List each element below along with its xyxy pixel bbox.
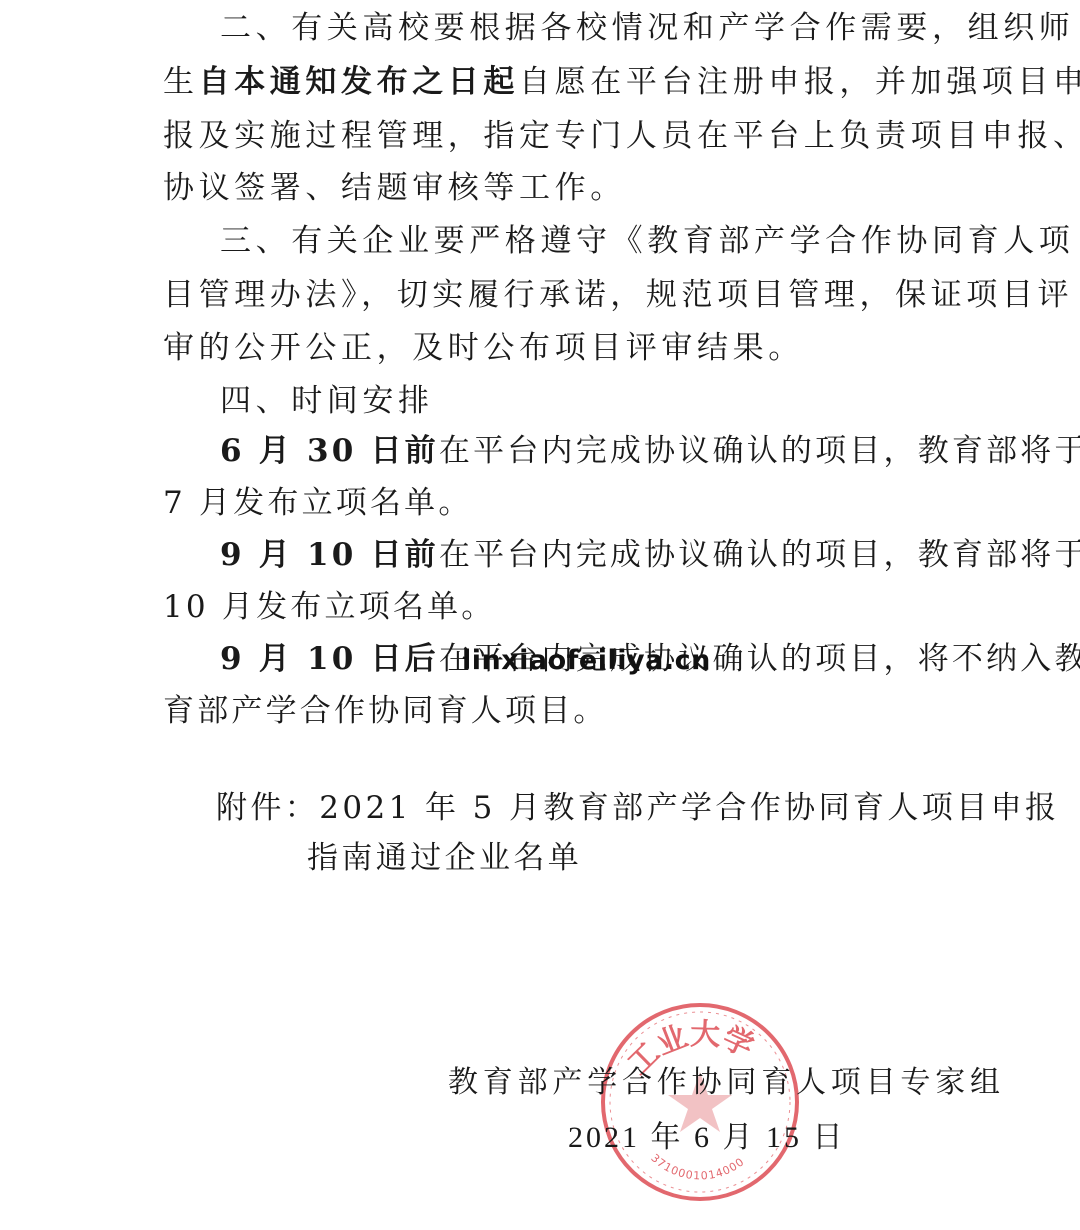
- section2-line1: 二、有关高校要根据各校情况和产学合作需要，组织师: [220, 8, 1074, 48]
- signature-org: 教育部产学合作协同育人项目专家组: [448, 1063, 1005, 1103]
- section3-line2: 目管理办法》，切实履行承诺，规范项目管理，保证项目评: [163, 275, 1073, 315]
- schedule-item-2-cont: 10 月发布立项名单。: [163, 587, 496, 627]
- schedule-item-1: 6 月 30 日前在平台内完成协议确认的项目，教育部将于: [220, 431, 1080, 471]
- signature-date: 2021 年 6 月 15 日: [568, 1118, 846, 1158]
- section2-line4: 协议签署、结题审核等工作。: [163, 168, 626, 208]
- section2-line2-start: 生: [163, 64, 199, 100]
- schedule-item-2-date: 9 月 10 日前: [220, 537, 439, 573]
- schedule-item-1-text: 在平台内完成协议确认的项目，教育部将于: [439, 433, 1080, 469]
- schedule-item-3-date: 9 月 10 日后: [220, 641, 439, 677]
- schedule-item-3-cont: 育部产学合作协同育人项目。: [163, 691, 608, 731]
- section2-bold-phrase: 自本通知发布之日起: [199, 64, 519, 100]
- watermark: linxiaofeiliya.cn: [462, 645, 711, 676]
- section2-line3: 报及实施过程管理，指定专门人员在平台上负责项目申报、: [163, 116, 1080, 156]
- section2-line2-end: 自愿在平台注册申报，并加强项目申: [519, 64, 1080, 100]
- attachment-line1: 附件：2021 年 5 月教育部产学合作协同育人项目申报: [216, 788, 1059, 828]
- section4-heading: 四、时间安排: [220, 381, 434, 421]
- schedule-item-1-cont: 7 月发布立项名单。: [163, 483, 473, 523]
- schedule-item-1-date: 6 月 30 日前: [220, 433, 439, 469]
- section3-line1: 三、有关企业要严格遵守《教育部产学合作协同育人项: [220, 221, 1074, 261]
- attachment-line2: 指南通过企业名单: [307, 838, 582, 878]
- section3-line3: 审的公开公正，及时公布项目评审结果。: [163, 328, 804, 368]
- schedule-item-2: 9 月 10 日前在平台内完成协议确认的项目，教育部将于: [220, 535, 1080, 575]
- section2-line2: 生自本通知发布之日起自愿在平台注册申报，并加强项目申: [163, 62, 1080, 102]
- schedule-item-2-text: 在平台内完成协议确认的项目，教育部将于: [439, 537, 1080, 573]
